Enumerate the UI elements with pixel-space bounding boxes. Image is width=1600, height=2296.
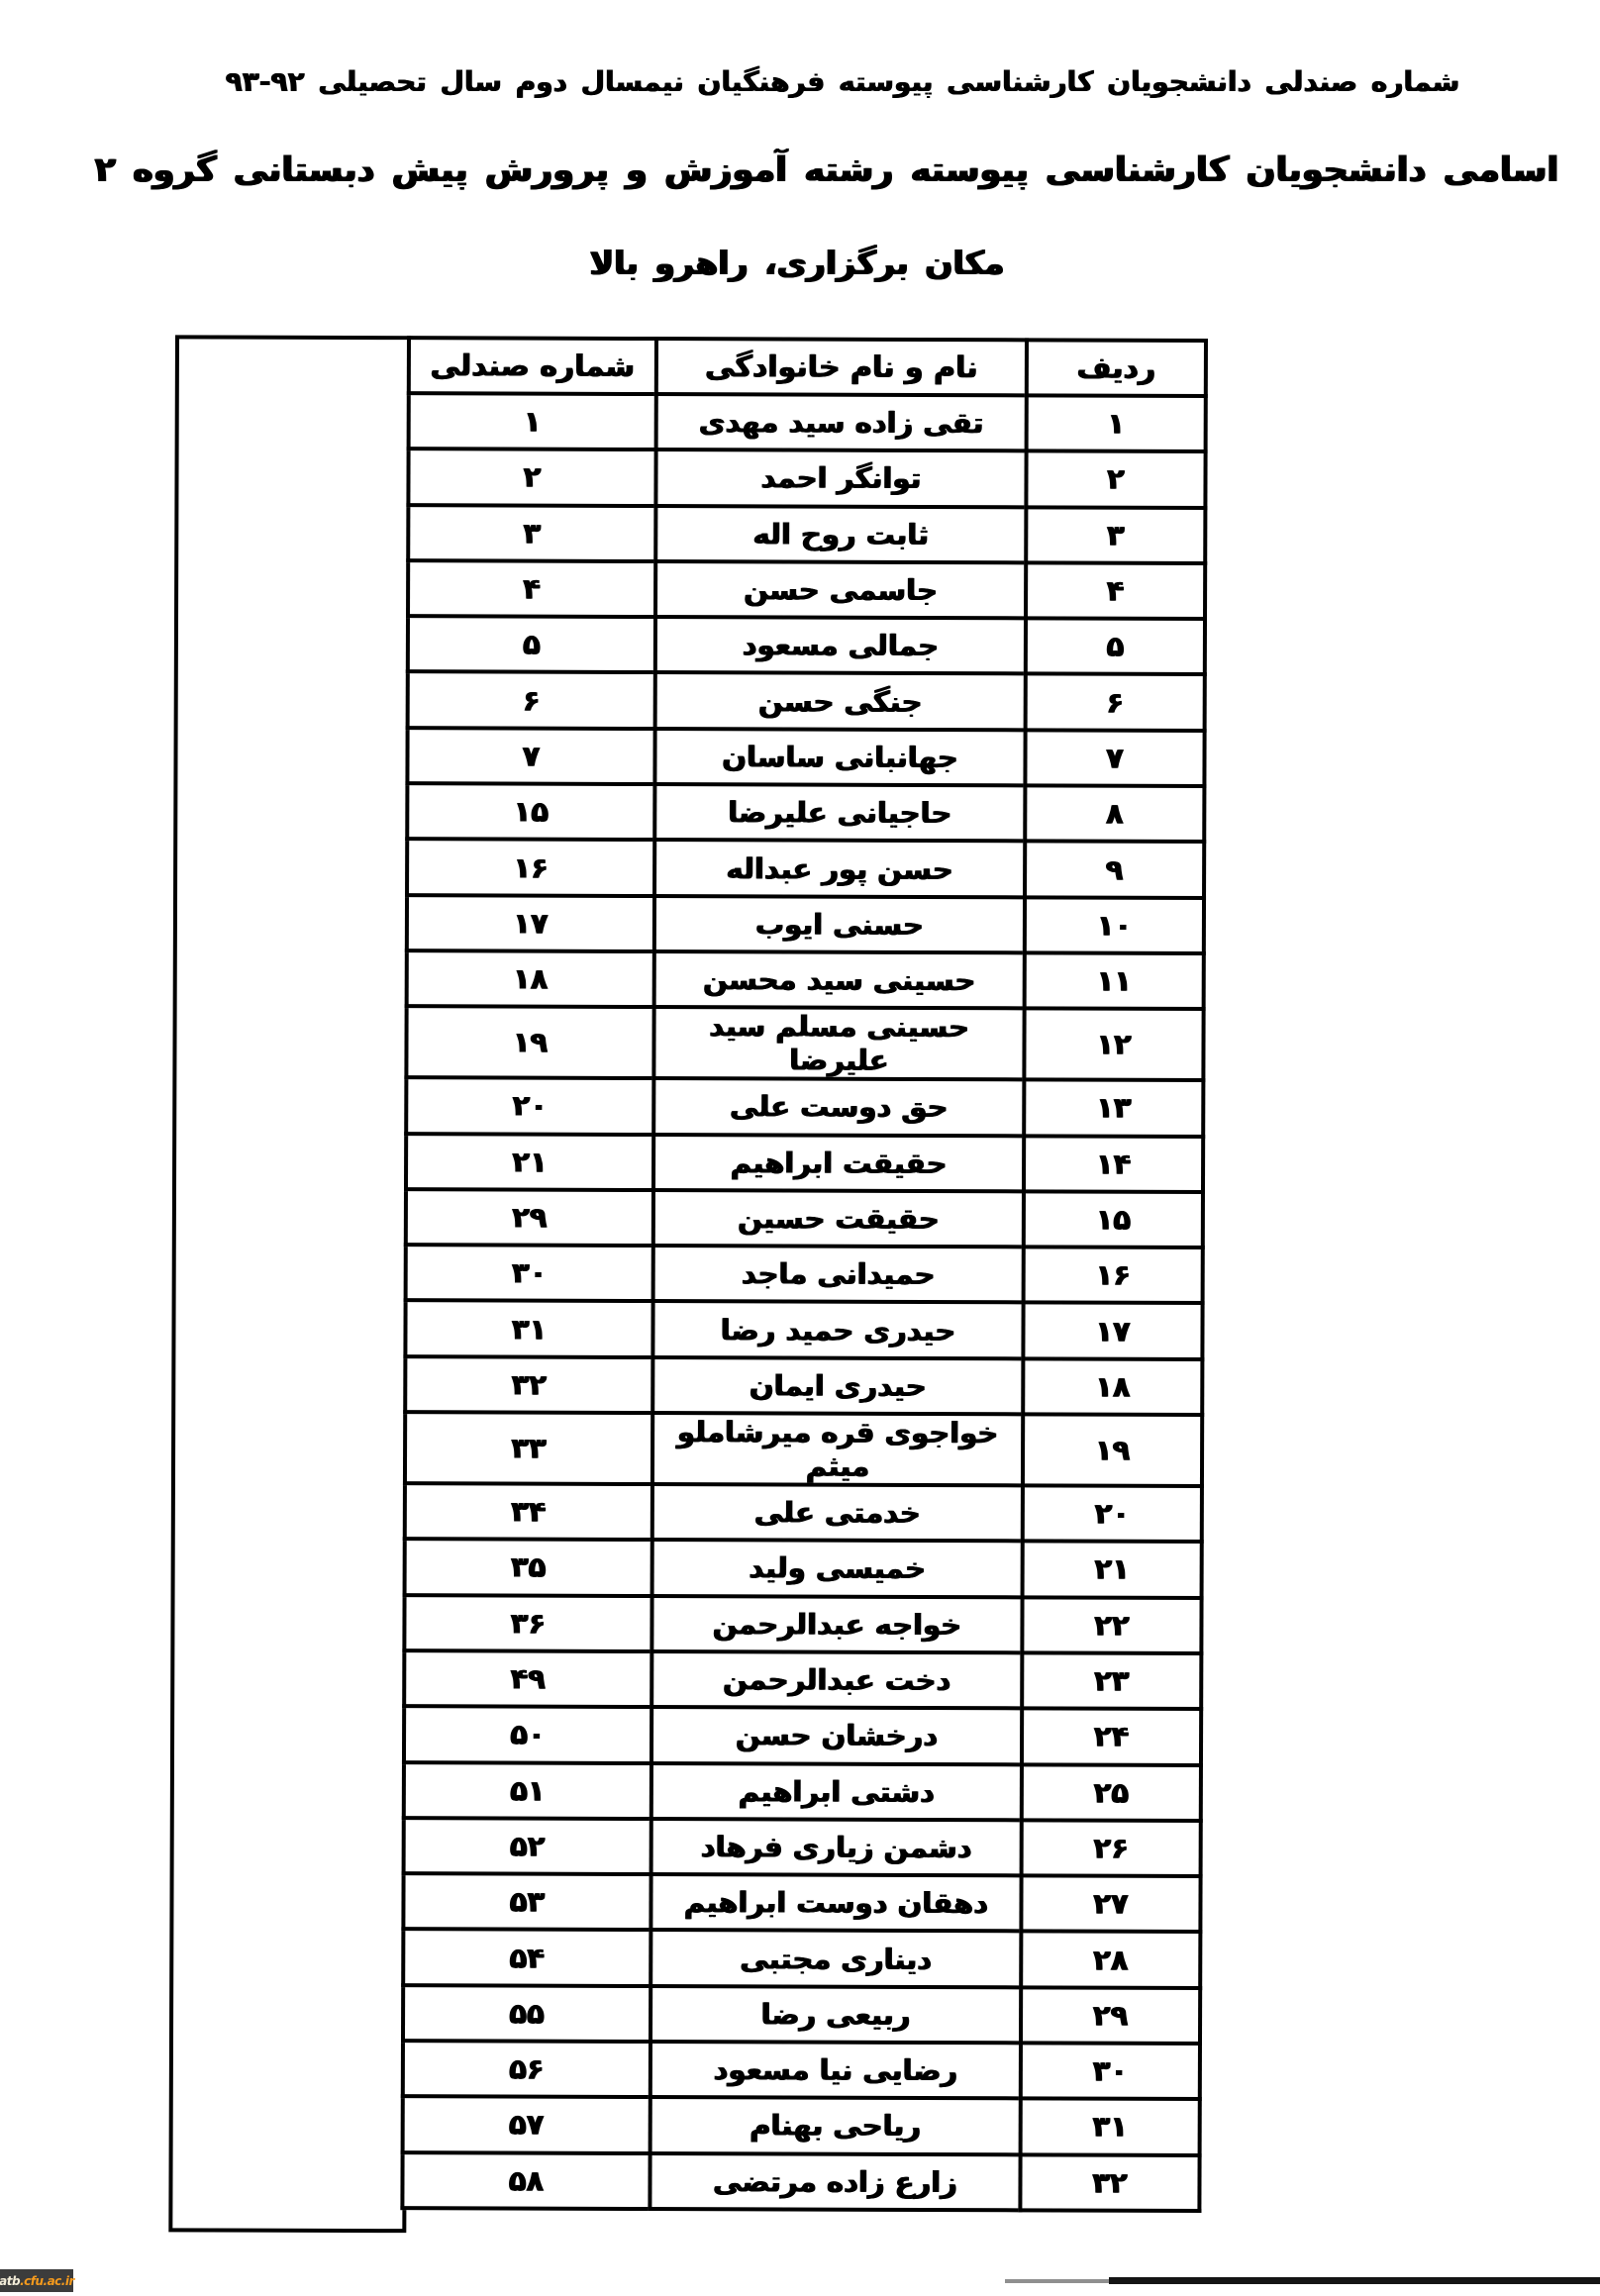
seat-number-cell: ۱ <box>409 393 656 449</box>
row-number-cell: ۱۸ <box>1023 1358 1202 1415</box>
table-row: ۱۶حمیدانی ماجد۳۰ <box>406 1245 1203 1303</box>
student-name-cell: خواجه عبدالرحمن <box>651 1596 1022 1653</box>
table-row: ۱۲حسینی مسلم سید علیرضا۱۹ <box>406 1006 1203 1080</box>
table-row: ۳۲زارع زاده مرتضی۵۸ <box>402 2152 1199 2211</box>
seat-number-cell: ۵۰ <box>404 1706 651 1762</box>
row-number-cell: ۳ <box>1026 507 1205 563</box>
student-name-cell: توانگر احمد <box>655 449 1026 507</box>
row-number-cell: ۱۲ <box>1024 1009 1203 1081</box>
student-name-cell: حقیقت ابراهیم <box>653 1135 1024 1192</box>
scan-artifact-black-bar <box>1109 2277 1600 2284</box>
student-name-cell: زارع زاده مرتضی <box>650 2153 1020 2211</box>
scanned-document-page: شماره صندلی دانشجویان کارشناسی پیوسته فر… <box>0 0 1600 2296</box>
table-row: ۲۳دخت عبدالرحمن۴۹ <box>404 1650 1201 1709</box>
table-row: ۳۰رضایی نیا مسعود۵۶ <box>403 2041 1200 2099</box>
student-name-cell: ریاحی بهنام <box>650 2097 1021 2154</box>
student-name-cell: دهقان دوست ابراهیم <box>650 1874 1021 1932</box>
table-row: ۲۸دیناری مجتبی۵۴ <box>403 1930 1200 1988</box>
table-row: ۳۱ریاحی بهنام۵۷ <box>403 2096 1200 2154</box>
table-row: ۹حسن پور عبداله۱۶ <box>407 840 1204 898</box>
row-number-cell: ۱۴ <box>1024 1136 1203 1192</box>
table-row: ۱۹خواجوی قره میرشاملو میثم۳۳ <box>405 1412 1202 1486</box>
row-number-cell: ۱۰ <box>1025 897 1204 953</box>
student-name-cell: حق دوست علی <box>653 1078 1024 1136</box>
table-row: ۲۵دشتی ابراهیم۵۱ <box>404 1762 1201 1821</box>
seat-number-cell: ۵۶ <box>403 2041 650 2097</box>
seat-number-cell: ۱۵ <box>407 783 654 840</box>
seat-number-cell: ۵۷ <box>403 2096 650 2152</box>
row-number-cell: ۱۶ <box>1024 1248 1203 1304</box>
seat-number-cell: ۲ <box>408 449 655 505</box>
student-name-cell: خدمتی علی <box>652 1484 1023 1542</box>
row-number-cell: ۸ <box>1025 785 1204 842</box>
table-row: ۶جنگی حسن۶ <box>408 672 1205 731</box>
seat-number-cell: ۵۲ <box>404 1818 651 1874</box>
seat-number-cell: ۵۳ <box>403 1873 650 1930</box>
row-number-cell: ۲۰ <box>1023 1485 1202 1542</box>
student-name-cell: درخشان حسن <box>651 1707 1022 1764</box>
student-name-cell: حمیدانی ماجد <box>653 1246 1024 1303</box>
table-row: ۵جمالی مسعود۵ <box>408 616 1205 674</box>
student-name-cell: خواجوی قره میرشاملو میثم <box>652 1413 1023 1485</box>
table-row: ۱۷حیدری حمید رضا۳۱ <box>405 1301 1202 1359</box>
row-number-cell: ۱۵ <box>1024 1191 1203 1248</box>
table-row: ۲۹ربیعی رضا۵۵ <box>403 1985 1200 2044</box>
seat-number-cell: ۳۵ <box>405 1540 652 1596</box>
student-name-cell: حیدری ایمان <box>652 1357 1023 1415</box>
venue-subtitle: مکان برگزاری، راهرو بالا <box>0 244 1597 282</box>
row-number-cell: ۲۴ <box>1022 1709 1201 1765</box>
row-number-cell: ۱۹ <box>1023 1414 1202 1486</box>
students-table-area: ردیف نام و نام خانوادگی شماره صندلی ۱تقی… <box>168 335 1210 2240</box>
table-row: ۸حاجیانی علیرضا۱۵ <box>407 783 1204 842</box>
column-header-row-number: ردیف <box>1027 340 1206 396</box>
student-name-cell: حسن پور عبداله <box>654 840 1025 897</box>
student-name-cell: جهانبانی ساسان <box>654 729 1025 786</box>
table-row: ۲توانگر احمد۲ <box>408 449 1205 507</box>
student-name-cell: حیدری حمید رضا <box>652 1301 1023 1358</box>
student-name-cell: جنگی حسن <box>655 673 1026 731</box>
row-number-cell: ۳۰ <box>1021 2043 1200 2099</box>
row-number-cell: ۲۳ <box>1022 1652 1201 1709</box>
table-row: ۲۰خدمتی علی۳۴ <box>405 1483 1202 1542</box>
student-name-cell: ثابت روح اله <box>655 506 1026 563</box>
row-number-cell: ۲۲ <box>1022 1597 1201 1653</box>
seat-number-cell: ۱۹ <box>406 1006 653 1078</box>
seat-number-cell: ۵۸ <box>402 2152 650 2209</box>
table-row: ۱۳حق دوست علی۲۰ <box>406 1077 1203 1136</box>
student-name-cell: جاسمی حسن <box>655 561 1026 619</box>
seat-number-cell: ۴۹ <box>404 1650 651 1707</box>
row-number-cell: ۹ <box>1025 842 1204 898</box>
row-number-cell: ۲ <box>1026 451 1205 508</box>
site-watermark: atb.cfu.ac.ir <box>0 2269 73 2292</box>
table-row: ۲۲خواجه عبدالرحمن۳۶ <box>404 1595 1201 1653</box>
seat-number-cell: ۳۶ <box>404 1595 651 1651</box>
row-number-cell: ۳۱ <box>1021 2099 1200 2155</box>
table-row: ۲۶دشمن زیاری فرهاد۵۲ <box>404 1818 1201 1876</box>
seat-number-cell: ۵۵ <box>403 1985 650 2042</box>
row-number-cell: ۶ <box>1026 674 1205 731</box>
seat-number-cell: ۲۰ <box>406 1077 653 1134</box>
seat-number-cell: ۷ <box>407 728 654 784</box>
student-name-cell: رضایی نیا مسعود <box>650 2042 1021 2099</box>
row-number-cell: ۲۷ <box>1021 1875 1200 1932</box>
table-row: ۱۴حقیقت ابراهیم۲۱ <box>406 1134 1203 1192</box>
seat-number-cell: ۳۲ <box>405 1356 652 1413</box>
seat-number-cell: ۳ <box>408 505 655 561</box>
column-header-seat-number: شماره صندلی <box>409 338 656 394</box>
seat-number-cell: ۳۴ <box>405 1483 652 1540</box>
seat-number-cell: ۶ <box>408 672 655 729</box>
row-number-cell: ۲۱ <box>1023 1542 1202 1598</box>
student-name-cell: حاجیانی علیرضا <box>654 784 1025 842</box>
student-name-cell: دخت عبدالرحمن <box>651 1651 1022 1709</box>
student-name-cell: حسینی مسلم سید علیرضا <box>653 1007 1024 1079</box>
student-name-cell: جمالی مسعود <box>655 617 1026 674</box>
students-table: ردیف نام و نام خانوادگی شماره صندلی ۱تقی… <box>400 336 1208 2213</box>
row-number-cell: ۴ <box>1026 562 1205 619</box>
table-row: ۱۸حیدری ایمان۳۲ <box>405 1356 1202 1415</box>
table-row: ۴جاسمی حسن۴ <box>408 560 1205 619</box>
watermark-suffix: .cfu.ac.ir <box>20 2274 74 2288</box>
row-number-cell: ۱۱ <box>1025 952 1204 1009</box>
table-body: ۱تقی زاده سید مهدی۱۲توانگر احمد۲۳ثابت رو… <box>402 393 1205 2211</box>
seat-number-cell: ۲۱ <box>406 1134 653 1190</box>
empty-side-column <box>168 335 413 2233</box>
seat-number-cell: ۳۱ <box>405 1301 652 1357</box>
table-row: ۱۱حسینی سید محسن۱۸ <box>407 950 1204 1009</box>
seat-number-cell: ۲۹ <box>406 1189 653 1246</box>
student-name-cell: ربیعی رضا <box>650 1986 1021 2044</box>
row-number-cell: ۱ <box>1027 395 1206 451</box>
seat-number-cell: ۵۱ <box>404 1762 651 1819</box>
student-name-cell: تقی زاده سید مهدی <box>656 394 1027 451</box>
watermark-prefix: atb <box>0 2274 20 2288</box>
student-name-cell: دشمن زیاری فرهاد <box>651 1819 1022 1876</box>
student-name-cell: دیناری مجتبی <box>650 1930 1021 1987</box>
seat-number-cell: ۳۰ <box>406 1245 653 1301</box>
student-name-cell: حسینی سید محسن <box>654 951 1025 1009</box>
row-number-cell: ۱۳ <box>1024 1080 1203 1137</box>
student-name-cell: حقیقت حسین <box>653 1190 1024 1248</box>
seat-number-cell: ۴ <box>408 560 655 617</box>
seat-number-cell: ۳۳ <box>405 1412 652 1484</box>
student-name-cell: حسنی ایوب <box>654 896 1025 953</box>
row-number-cell: ۵ <box>1026 619 1205 675</box>
seat-number-cell: ۵۴ <box>403 1930 650 1986</box>
seat-number-cell: ۱۷ <box>407 895 654 951</box>
student-name-cell: خمیسی ولید <box>652 1540 1023 1597</box>
row-number-cell: ۷ <box>1025 730 1204 786</box>
table-header-row: ردیف نام و نام خانوادگی شماره صندلی <box>409 338 1206 396</box>
column-header-student-name: نام و نام خانوادگی <box>656 339 1027 395</box>
document-header-line: شماره صندلی دانشجویان کارشناسی پیوسته فر… <box>43 65 1600 98</box>
table-row: ۲۴درخشان حسن۵۰ <box>404 1706 1201 1764</box>
student-name-cell: دشتی ابراهیم <box>651 1763 1022 1821</box>
seat-number-cell: ۱۶ <box>407 840 654 896</box>
row-number-cell: ۲۶ <box>1022 1820 1201 1876</box>
seat-number-cell: ۵ <box>408 616 655 672</box>
table-row: ۲۷دهقان دوست ابراهیم۵۳ <box>403 1873 1200 1932</box>
table-row: ۳ثابت روح اله۳ <box>408 505 1205 563</box>
seat-number-cell: ۱۸ <box>407 950 654 1007</box>
row-number-cell: ۱۷ <box>1023 1303 1202 1359</box>
table-row: ۱تقی زاده سید مهدی۱ <box>409 393 1206 451</box>
table-row: ۱۰حسنی ایوب۱۷ <box>407 895 1204 953</box>
row-number-cell: ۲۹ <box>1021 1987 1200 2044</box>
row-number-cell: ۲۵ <box>1022 1764 1201 1821</box>
table-row: ۱۵حقیقت حسین۲۹ <box>406 1189 1203 1248</box>
row-number-cell: ۲۸ <box>1021 1932 1200 1988</box>
table-row: ۷جهانبانی ساسان۷ <box>407 728 1204 786</box>
table-row: ۲۱خمیسی ولید۳۵ <box>405 1540 1202 1598</box>
page-title: اسامی دانشجویان کارشناسی پیوسته رشته آمو… <box>27 150 1600 190</box>
row-number-cell: ۳۲ <box>1020 2154 1199 2211</box>
